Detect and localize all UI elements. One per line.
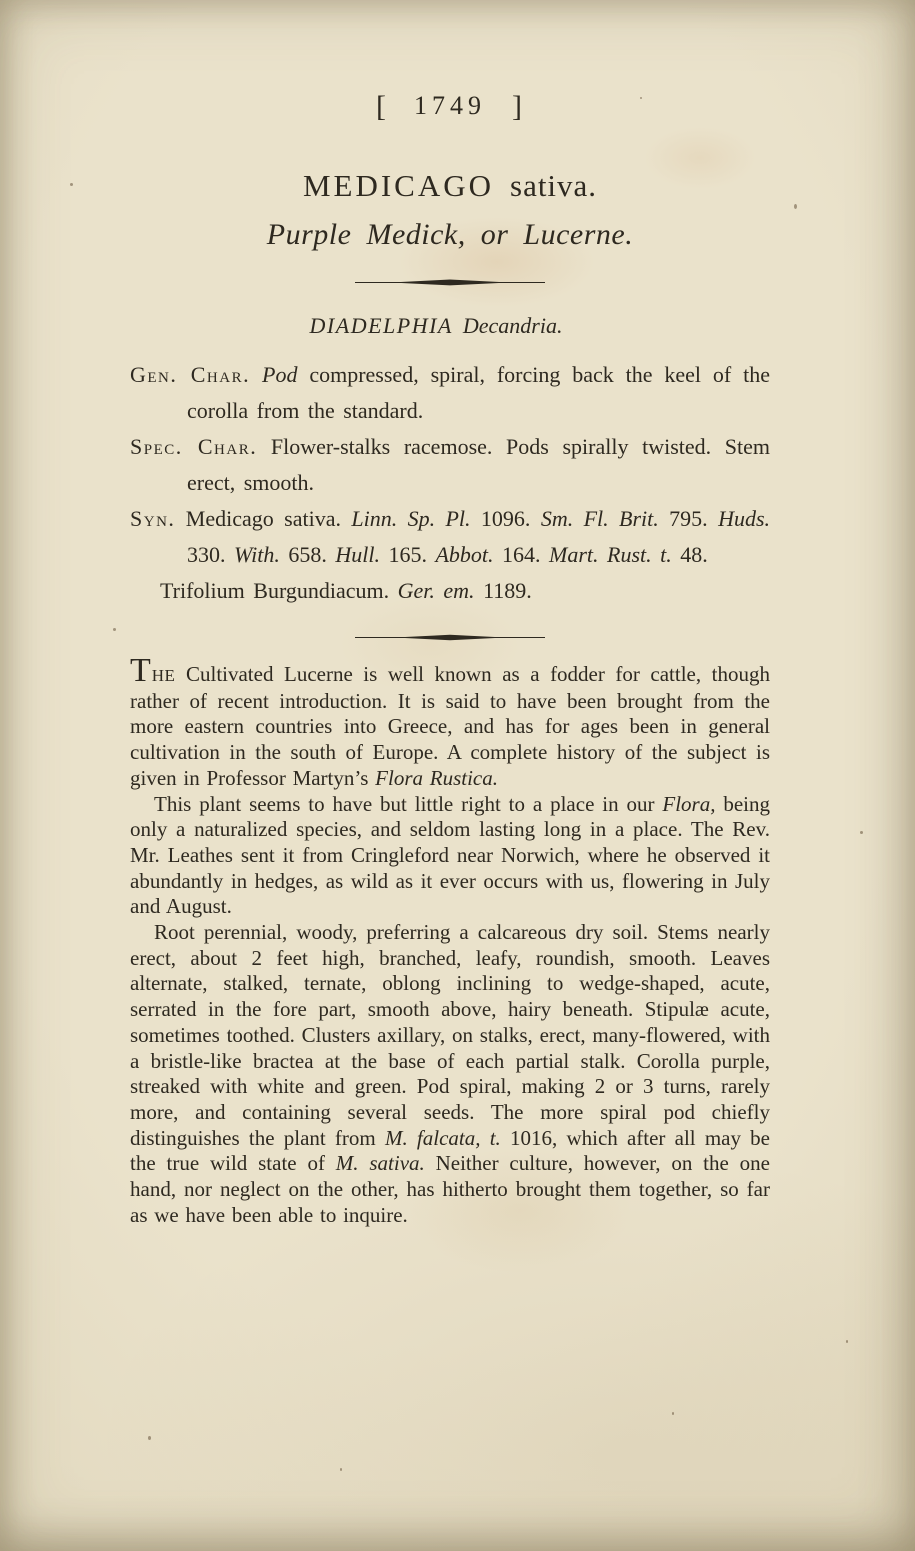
paper-speck [846,1340,848,1343]
synonym-trifolium-entry: Trifolium Burgundiacum. Ger. em. 1189. [130,573,770,609]
paper-speck [113,628,116,631]
paper-speck [148,1436,151,1440]
text-segment: 1189. [475,578,532,603]
text-segment: 165. [380,542,436,567]
text-segment: M. falcata, t. [385,1126,501,1150]
order-name: Decandria. [463,313,563,338]
body-text-section: THE Cultivated Lucerne is well known as … [130,662,770,1228]
common-name-subtitle: Purple Medick, or Lucerne. [130,218,770,252]
habitat-paragraph: This plant seems to have but little righ… [130,792,770,921]
text-segment: Mart. Rust. t. [549,542,672,567]
text-segment: 795. [659,506,718,531]
page-number: [1749] [130,0,770,124]
text-segment: Root perennial, woody, preferring a calc… [130,920,770,1150]
paper-speck [340,1468,342,1471]
text-segment: Gen. Char. [130,362,250,387]
paper-speck [794,204,797,209]
text-segment: Flora, [662,792,715,816]
text-segment: Huds. [718,506,770,531]
paper-speck [672,1412,674,1415]
paper-speck [860,831,863,834]
swelled-rule-icon [355,633,545,642]
text-segment: Abbot. [435,542,493,567]
page-number-bracket-open: [ [376,90,388,123]
text-segment: Flora Rustica. [375,766,498,790]
text-segment: Syn. [130,506,175,531]
text-segment: Ger. em. [398,578,475,603]
swelled-rule-icon [355,278,545,287]
text-segment: Sm. Fl. Brit. [541,506,659,531]
gen-char-entry: Gen. Char. Pod compressed, spiral, forci… [130,357,770,429]
text-segment: Flower-stalks racemose. Pods spirally tw… [187,434,770,495]
intro-paragraph: THE Cultivated Lucerne is well known as … [130,662,770,792]
synonyms-entry: Syn. Medicago sativa. Linn. Sp. Pl. 1096… [130,501,770,573]
book-page-scan: [1749] MEDICAGOsativa. Purple Medick, or… [0,0,915,1551]
species-epithet: sativa. [510,168,597,203]
text-segment: 1096. [471,506,541,531]
spec-char-entry: Spec. Char. Flower-stalks racemose. Pods… [130,429,770,501]
page-number-value: 1749 [388,91,512,120]
text-segment: With. [234,542,280,567]
synopsis-section: Gen. Char. Pod compressed, spiral, forci… [130,357,770,609]
text-segment: Hull. [335,542,380,567]
paper-speck [70,183,73,186]
description-paragraph: Root perennial, woody, preferring a calc… [130,920,770,1228]
text-segment: M. sativa. [336,1151,425,1175]
classification-line: DIADELPHIADecandria. [116,313,756,339]
text-segment: This plant seems to have but little righ… [154,792,662,816]
text-segment: 48. [672,542,708,567]
text-segment: HE [152,666,176,685]
text-segment: 658. [280,542,336,567]
text-segment: Linn. Sp. Pl. [351,506,470,531]
text-segment: Spec. Char. [130,434,257,459]
page-number-bracket-close: ] [512,90,524,123]
class-name: DIADELPHIA [310,313,453,338]
text-segment: 164. [494,542,550,567]
text-segment: 330. [187,542,234,567]
species-title: MEDICAGOsativa. [130,168,770,204]
swelled-rule-middle [355,633,545,642]
swelled-rule-top [355,278,545,287]
text-segment [250,362,262,387]
text-segment: T [130,652,152,689]
text-segment: Pod [262,362,297,387]
genus-name: MEDICAGO [303,168,494,203]
text-column: [1749] MEDICAGOsativa. Purple Medick, or… [130,0,770,1228]
text-segment: Trifolium Burgundiacum. [160,578,398,603]
text-segment: Medicago sativa. [175,506,351,531]
